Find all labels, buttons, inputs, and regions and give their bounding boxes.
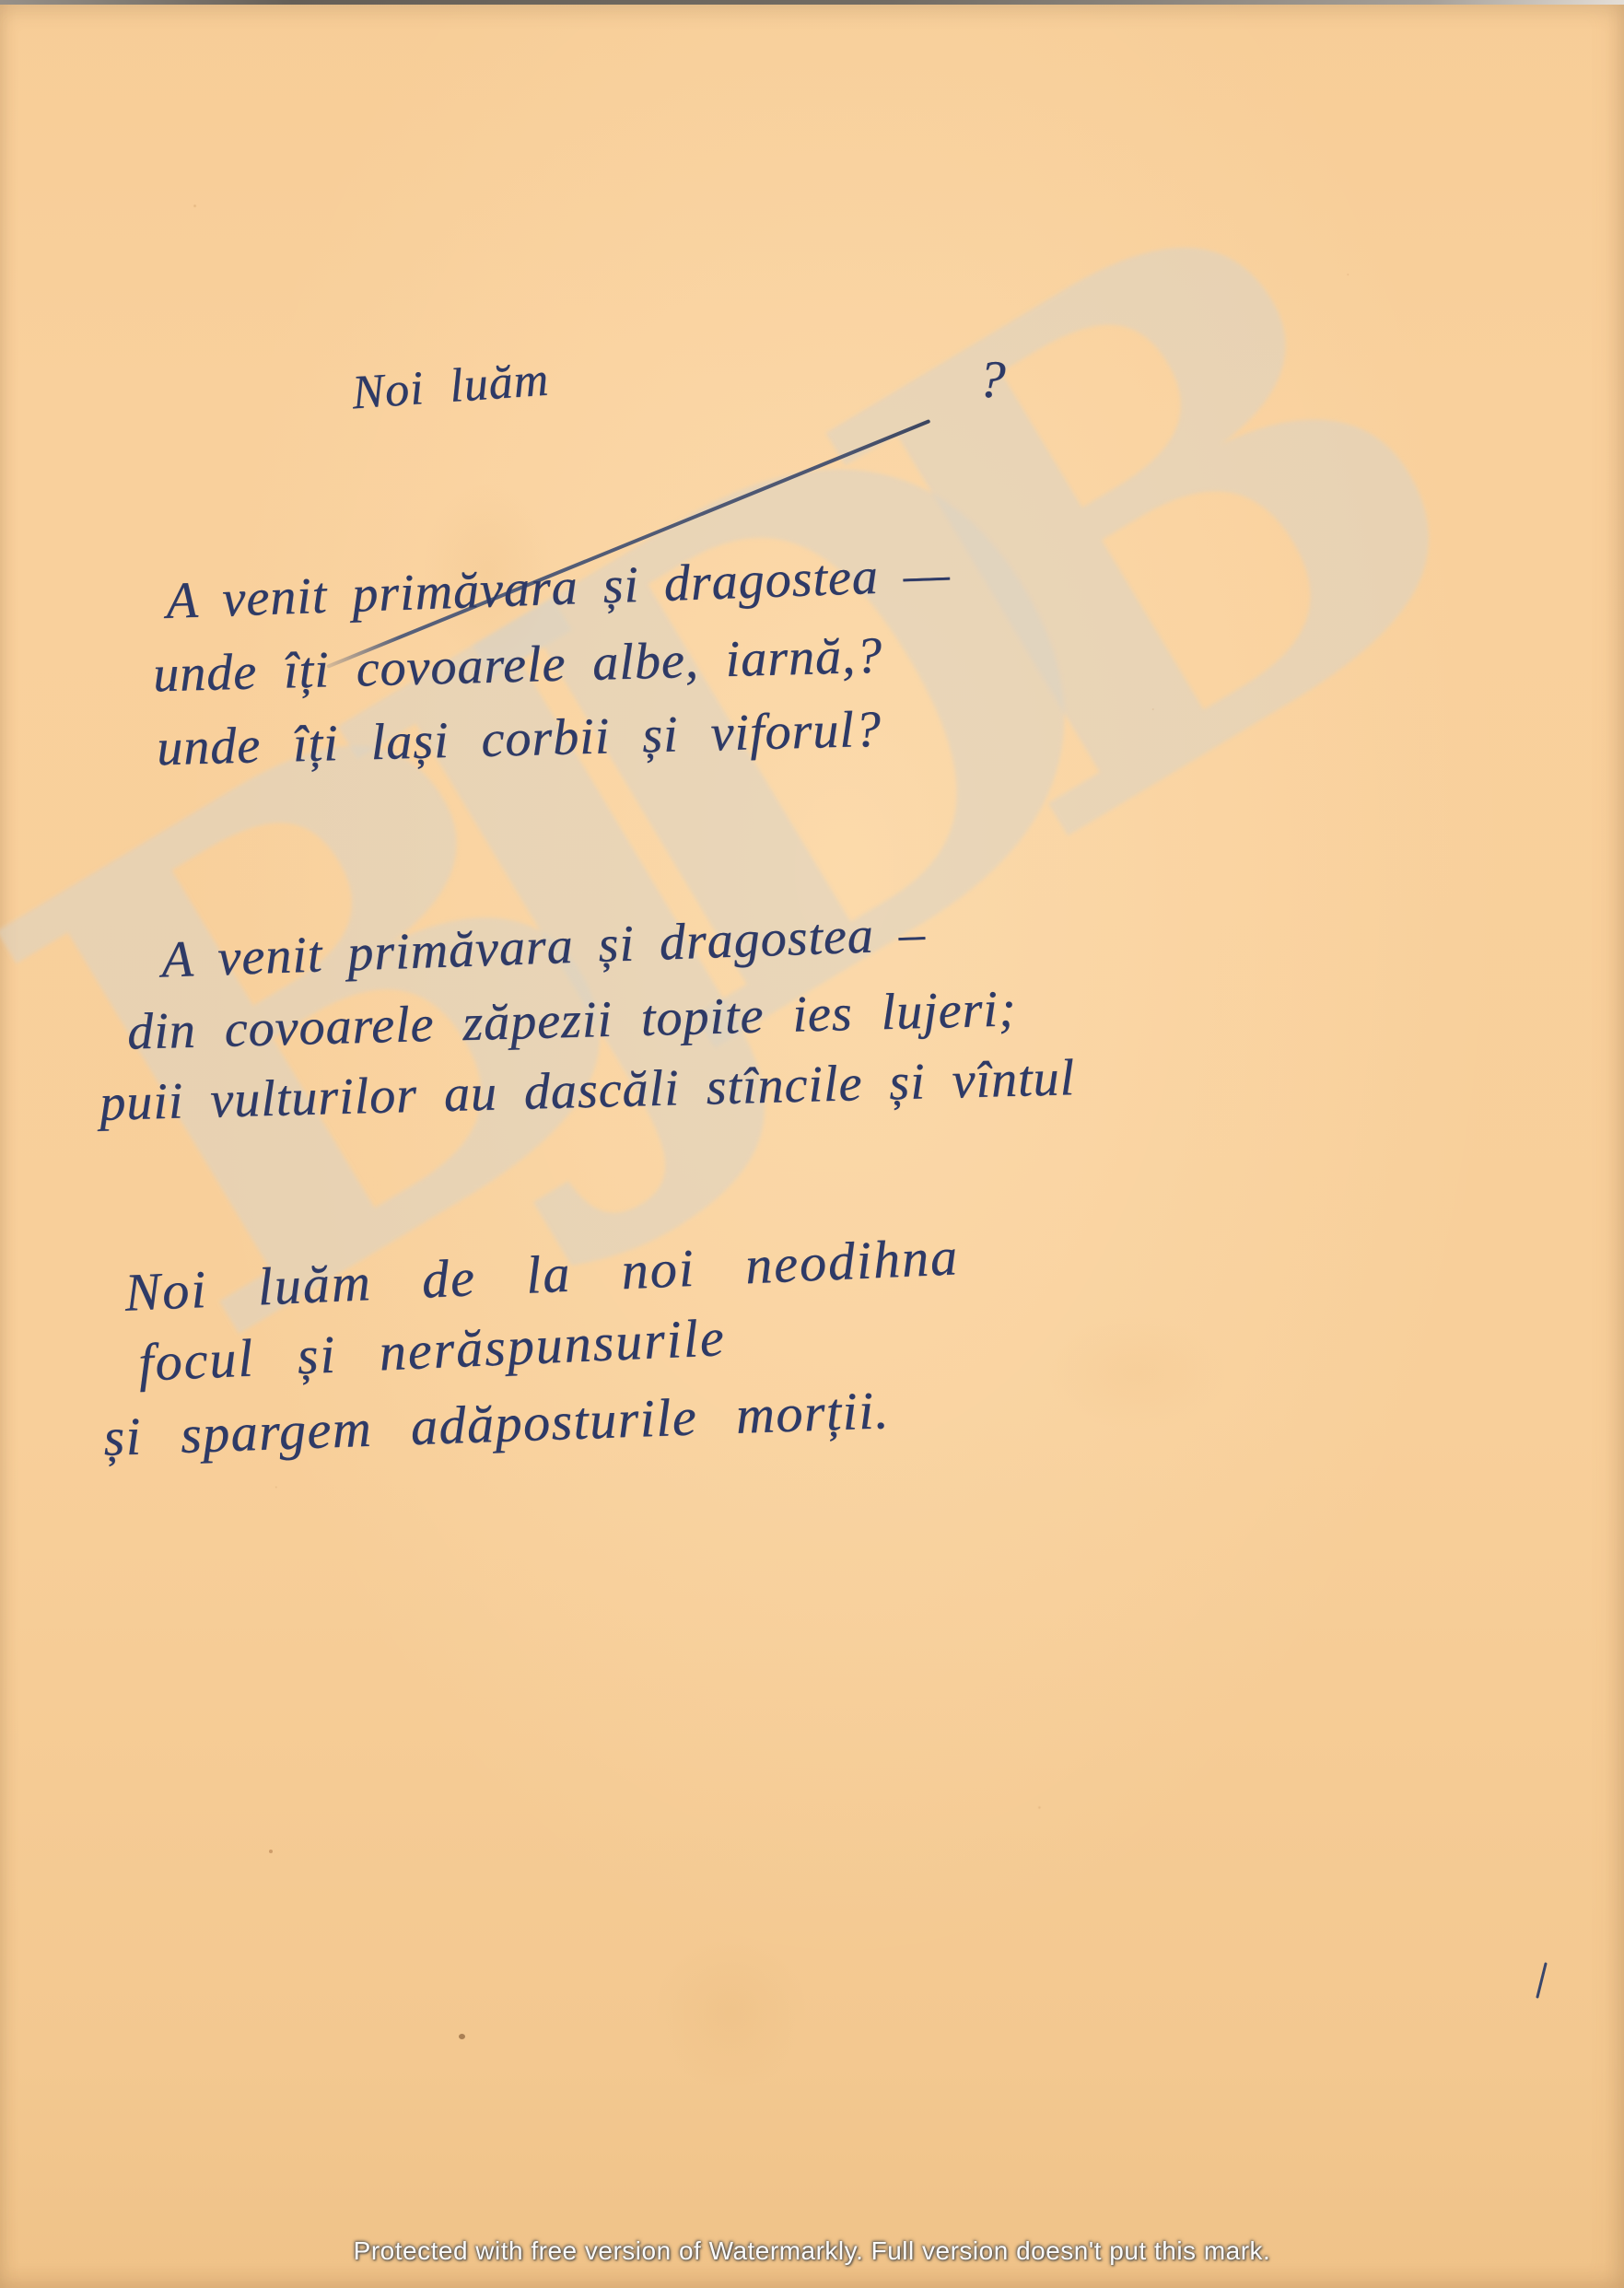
poem-line: puii vulturilor au dascăli stîncile și v… bbox=[99, 1048, 1075, 1133]
manuscript-page: BJDB Noi luăm ? A venit primăvara și dra… bbox=[0, 0, 1624, 2288]
question-mark-annotation: ? bbox=[976, 347, 1007, 410]
poem-line: din covoarele zăpezii topite ies lujeri; bbox=[126, 979, 1017, 1061]
poem-line: și spargem adăposturile morții. bbox=[102, 1379, 891, 1468]
poem-line: focul și nerăspunsurile bbox=[137, 1306, 727, 1394]
paper-speck bbox=[269, 1850, 273, 1853]
poem-line: A venit primăvara și dragostea – bbox=[160, 905, 927, 990]
poem-line: unde îți covoarele albe, iarnă,? bbox=[152, 626, 882, 705]
scan-top-edge bbox=[0, 0, 1624, 5]
poem-line: unde îți lași corbii și viforul? bbox=[156, 700, 882, 778]
poem-line: Noi luăm de la noi neodihna bbox=[123, 1225, 960, 1323]
stray-ink-mark bbox=[1536, 1962, 1548, 1999]
watermarkly-notice: Protected with free version of Watermark… bbox=[0, 2236, 1624, 2266]
paper-speck bbox=[459, 2034, 465, 2039]
poem-line: A venit primăvara și dragostea — bbox=[165, 544, 951, 631]
poem-title-annotation: Noi luăm bbox=[350, 353, 551, 421]
